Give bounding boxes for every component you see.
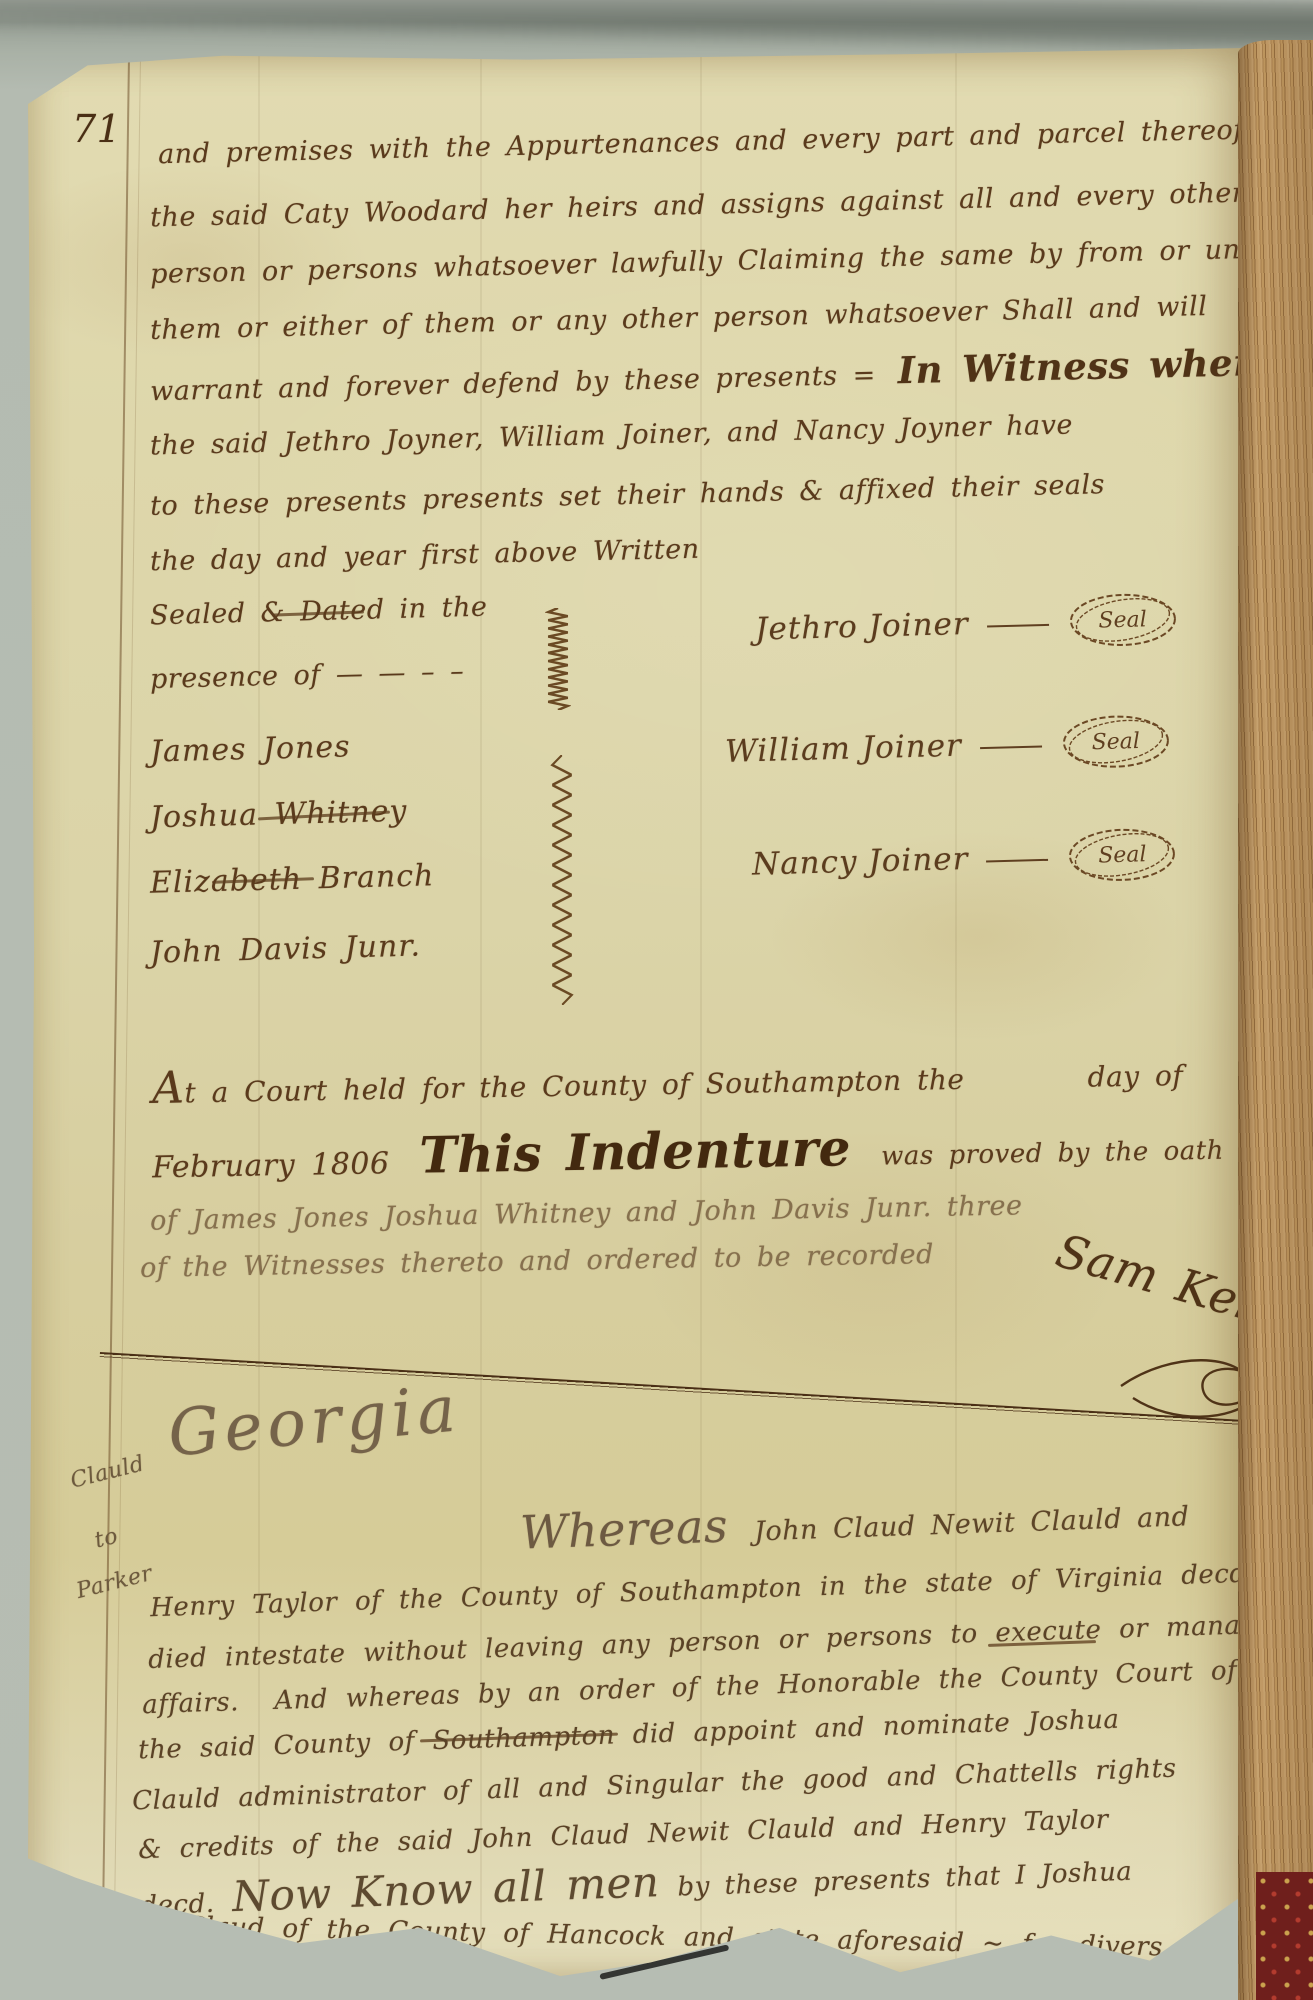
court-line-text: was proved by the oath [881, 1138, 1224, 1170]
margin-note-to: to [93, 1526, 121, 1553]
gloved-fingertip [1233, 1406, 1313, 1574]
this-indenture-text: This Indenture [419, 1123, 851, 1181]
seal: Seal [1059, 712, 1172, 771]
deed-line: and premises with the Appurtenances and … [158, 115, 1313, 168]
desk-top-shadow [0, 0, 1313, 48]
deed-line: person or persons whatsoever lawfully Cl… [150, 235, 1289, 288]
court-record-proved-line: February 1806 This Indenture was proved … [152, 1117, 1225, 1186]
next-record-heading: Georgia [166, 1377, 463, 1466]
scanned-deed-book-photo: 71 and premises with the Appurtenances a… [0, 0, 1313, 2000]
witness-brace [545, 608, 571, 710]
presence-of-line: presence of — — – – [150, 658, 465, 693]
deed-book-page: 71 and premises with the Appurtenances a… [28, 48, 1246, 1978]
court-record-line: At a Court held for the County of Southa… [152, 1049, 1184, 1111]
know-big-text: Now Know all men [232, 1861, 661, 1918]
deed-line-text: warrant and forever defend by these pres… [150, 362, 876, 405]
book-cover-cloth [1256, 1872, 1313, 2000]
deed-line: to these presents presents set their han… [150, 471, 1105, 520]
signature-dash [987, 624, 1049, 628]
next-record-line: Clauld administrator of all and Singular… [132, 1756, 1177, 1815]
whereas-rest-text: John Claud Newit Clauld and [754, 1503, 1190, 1545]
seal: Seal [1066, 590, 1179, 649]
seal: Seal [1066, 825, 1179, 884]
court-date-text: February 1806 [152, 1149, 390, 1183]
signature-row: William Joiner Seal [724, 712, 1172, 780]
deed-line: them or either of them or any other pers… [150, 293, 1208, 344]
whereas-line: Whereas John Claud Newit Clauld and [519, 1486, 1189, 1555]
witness-name: John Davis Junr. [150, 931, 422, 968]
know-post-text: by these presents that I Joshua [677, 1859, 1133, 1901]
deed-line: the said Jethro Joyner, William Joiner, … [150, 412, 1073, 460]
signature-dash [986, 859, 1048, 863]
signature-row: Nancy Joiner Seal [751, 825, 1179, 892]
deed-line: the said Caty Woodard her heirs and assi… [150, 180, 1246, 232]
signer-name: Jethro Joiner [755, 606, 970, 648]
whereas-word: Whereas [519, 1502, 728, 1555]
margin-note-grantee: Parker [74, 1563, 154, 1603]
margin-rule-faint [114, 56, 141, 1951]
court-record-line: of James Jones Joshua Whitney and John D… [150, 1192, 1023, 1234]
next-record-line: Henry Taylor of the County of Southampto… [150, 1561, 1247, 1621]
witness-brace [549, 755, 575, 1005]
signer-name: Nancy Joiner [752, 841, 969, 883]
deed-line-witness-whereof: warrant and forever defend by these pres… [150, 343, 1313, 407]
seal-label: Seal [1066, 590, 1179, 649]
deed-line: the day and year first above Written [150, 536, 700, 575]
margin-rule [102, 56, 130, 1951]
witness-name: Joshua Whitney [150, 797, 408, 834]
book-fore-edge [1238, 40, 1313, 2000]
signer-name: William Joiner [725, 728, 963, 770]
seal-label: Seal [1059, 712, 1172, 771]
signature-row: Jethro Joiner Seal [754, 590, 1179, 657]
signature-dash [980, 746, 1042, 750]
next-record-last-line: Claud of the County of Hancock and state… [185, 1914, 1248, 1962]
witness-name: James Jones [150, 732, 351, 767]
folio-number: 71 [72, 110, 121, 148]
seal-label: Seal [1066, 825, 1179, 884]
